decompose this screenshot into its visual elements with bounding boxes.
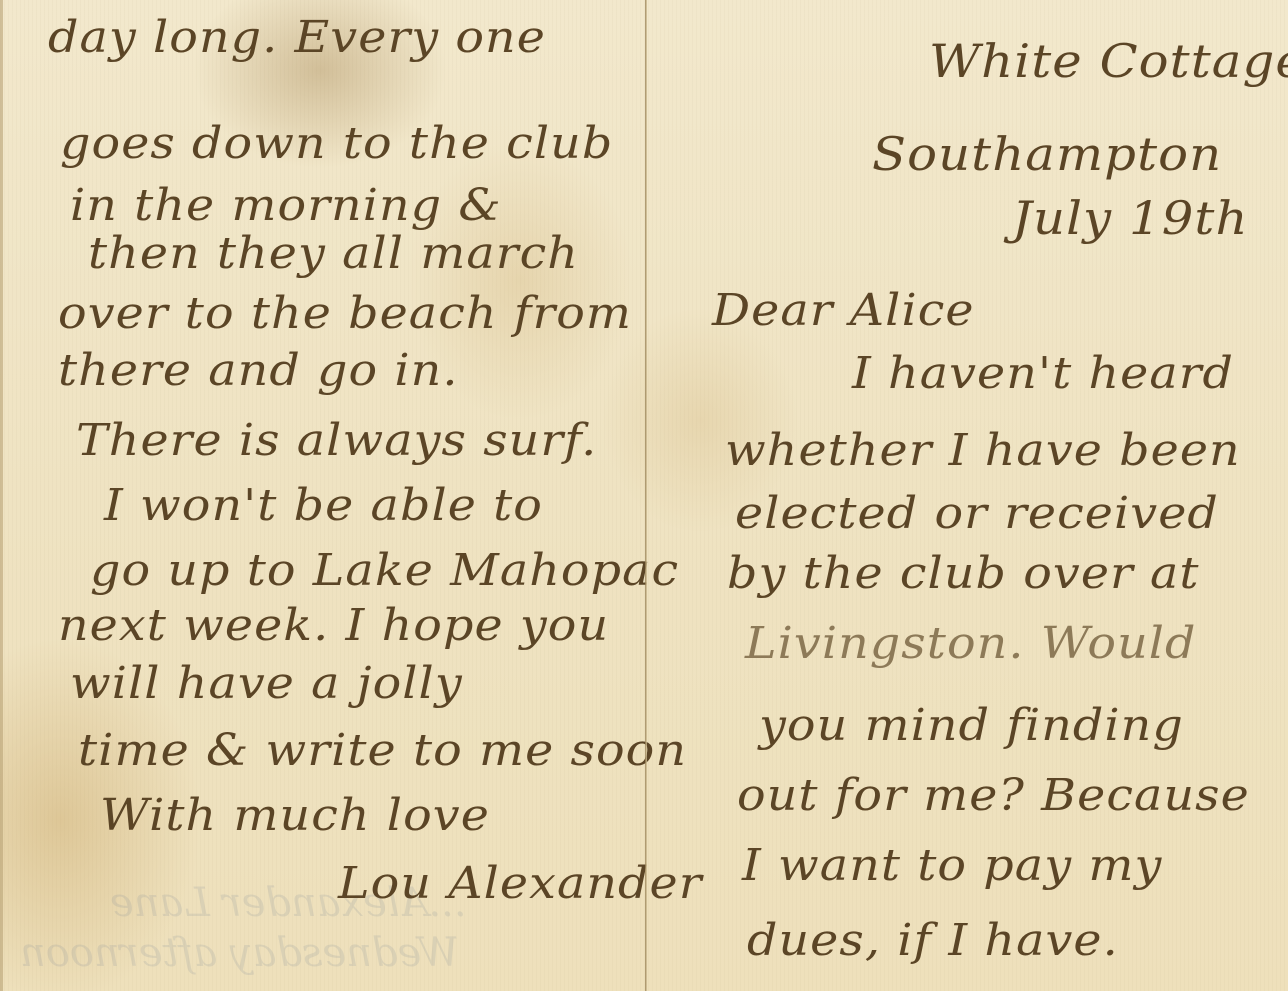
right-page: White Cottage Southampton July 19th Dear… (647, 0, 1288, 991)
left-line-6: there and go in. (58, 345, 459, 397)
right-line-8: I want to pay my (742, 840, 1162, 892)
right-line-6: you mind finding (759, 700, 1184, 752)
right-line-9: dues, if I have. (747, 915, 1119, 967)
letter-scan: ...Alexander Lane Wednesday afternoon da… (0, 0, 1288, 991)
address-line-1: White Cottage (929, 35, 1288, 87)
left-line-9: go up to Lake Mahopac (90, 545, 679, 597)
left-line-11: will have a jolly (70, 658, 463, 710)
right-line-3: elected or received (735, 488, 1219, 540)
salutation: Dear Alice (712, 285, 975, 337)
closing-line: With much love (100, 790, 490, 842)
right-line-2: whether I have been (725, 425, 1241, 477)
left-line-8: I won't be able to (104, 480, 543, 532)
left-line-12: time & write to me soon (78, 725, 687, 777)
left-page: ...Alexander Lane Wednesday afternoon da… (0, 0, 645, 991)
left-line-1: day long. Every one (48, 12, 546, 64)
left-line-4: then they all march (88, 228, 579, 280)
right-line-5: Livingston. Would (745, 618, 1197, 670)
left-line-7: There is always surf. (76, 415, 597, 467)
date-line: July 19th (1012, 192, 1249, 244)
right-line-1: I haven't heard (852, 348, 1234, 400)
address-line-2: Southampton (872, 128, 1222, 180)
right-line-4: by the club over at (727, 548, 1200, 600)
left-line-10: next week. I hope you (58, 600, 609, 652)
bleed-through-text: Wednesday afternoon (20, 930, 459, 976)
left-line-3: in the morning & (70, 180, 502, 232)
left-line-5: over to the beach from (58, 288, 632, 340)
left-line-2: goes down to the club (60, 118, 613, 170)
right-line-7: out for me? Because (737, 770, 1250, 822)
